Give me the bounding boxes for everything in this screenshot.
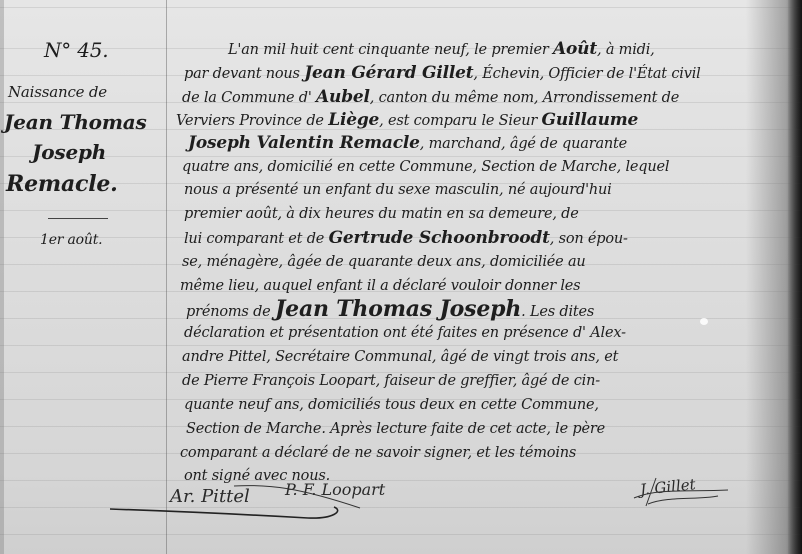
record-text: , canton du même nom, Arrondissement de xyxy=(370,90,679,106)
record-name: Joseph Valentin Remacle xyxy=(188,133,420,153)
record-name: Jean Thomas Joseph xyxy=(275,296,521,322)
record-line: nous a présenté un enfant du sexe mascul… xyxy=(184,181,612,199)
record-line: premier août, à dix heures du matin en s… xyxy=(184,205,579,223)
registry-page: N° 45. Naissance de Jean Thomas Joseph R… xyxy=(0,0,802,554)
record-name: Aubel xyxy=(316,87,370,107)
margin-divider xyxy=(48,218,108,219)
margin-rule xyxy=(166,0,167,554)
record-line: déclaration et présentation ont été fait… xyxy=(184,324,626,342)
record-text: déclaration et présentation ont été fait… xyxy=(184,325,626,341)
record-line: de la Commune d' Aubel, canton du même n… xyxy=(182,88,679,107)
record-text: L'an mil huit cent cinquante neuf, le pr… xyxy=(228,42,553,58)
record-text: , marchand, âgé de quarante xyxy=(420,136,627,152)
record-line: de Pierre François Loopart, faiseur de g… xyxy=(182,372,600,390)
record-line: comparant a déclaré de ne savoir signer,… xyxy=(180,444,576,462)
record-line: lui comparant et de Gertrude Schoonbrood… xyxy=(184,229,628,248)
officer-signature-flourish xyxy=(628,470,738,510)
signature-cross-stroke xyxy=(230,482,370,512)
record-name: Août xyxy=(553,39,597,59)
record-text: Verviers Province de xyxy=(176,113,328,129)
child-name-middle: Joseph xyxy=(32,140,106,164)
record-text: de la Commune d' xyxy=(182,90,316,106)
record-name: Guillaume xyxy=(542,110,639,130)
record-line: Joseph Valentin Remacle, marchand, âgé d… xyxy=(188,134,627,153)
child-surname: Remacle. xyxy=(6,171,118,197)
record-text: par devant nous xyxy=(184,66,304,82)
record-name: Liège xyxy=(328,110,379,130)
record-text: , à midi, xyxy=(597,42,655,58)
record-text: andre Pittel, Secrétaire Communal, âgé d… xyxy=(182,349,618,365)
record-text: quatre ans, domicilié en cette Commune, … xyxy=(182,159,669,175)
margin-column: N° 45. Naissance de Jean Thomas Joseph R… xyxy=(0,0,166,554)
record-text: comparant a déclaré de ne savoir signer,… xyxy=(180,445,576,461)
record-line: se, ménagère, âgée de quarante deux ans,… xyxy=(182,253,586,271)
record-text: quante neuf ans, domiciliés tous deux en… xyxy=(184,397,599,413)
record-type-label: Naissance de xyxy=(8,83,107,101)
record-text: , est comparu le Sieur xyxy=(379,113,541,129)
page-right-shadow xyxy=(788,0,802,554)
record-text: se, ménagère, âgée de quarante deux ans,… xyxy=(182,254,586,270)
record-line: prénoms de Jean Thomas Joseph. Les dites xyxy=(186,300,594,321)
act-number: N° 45. xyxy=(44,38,108,62)
record-line: par devant nous Jean Gérard Gillet, Éche… xyxy=(184,64,701,83)
record-text: même lieu, auquel enfant il a déclaré vo… xyxy=(180,278,580,294)
record-name: Gertrude Schoonbroodt xyxy=(329,228,550,248)
child-name-first: Jean Thomas xyxy=(4,110,147,134)
record-text: premier août, à dix heures du matin en s… xyxy=(184,206,579,222)
scan-artifact xyxy=(700,318,708,325)
record-text: de Pierre François Loopart, faiseur de g… xyxy=(182,373,600,389)
record-name: Jean Gérard Gillet xyxy=(304,63,473,83)
record-text: lui comparant et de xyxy=(184,231,329,247)
record-line: même lieu, auquel enfant il a déclaré vo… xyxy=(180,277,580,295)
record-line: Verviers Province de Liège, est comparu … xyxy=(176,111,638,130)
record-text: Section de Marche. Après lecture faite d… xyxy=(186,421,605,437)
record-line: quatre ans, domicilié en cette Commune, … xyxy=(182,158,669,176)
record-line: andre Pittel, Secrétaire Communal, âgé d… xyxy=(182,348,618,366)
record-line: L'an mil huit cent cinquante neuf, le pr… xyxy=(228,40,655,59)
record-text: , Échevin, Officier de l'État civil xyxy=(473,66,700,82)
record-text: nous a présenté un enfant du sexe mascul… xyxy=(184,182,612,198)
record-text: prénoms de xyxy=(186,304,275,320)
record-line: quante neuf ans, domiciliés tous deux en… xyxy=(184,396,599,414)
record-text: . Les dites xyxy=(521,304,594,320)
margin-date: 1er août. xyxy=(40,232,102,248)
record-text: , son épou- xyxy=(550,231,628,247)
record-line: Section de Marche. Après lecture faite d… xyxy=(186,420,605,438)
